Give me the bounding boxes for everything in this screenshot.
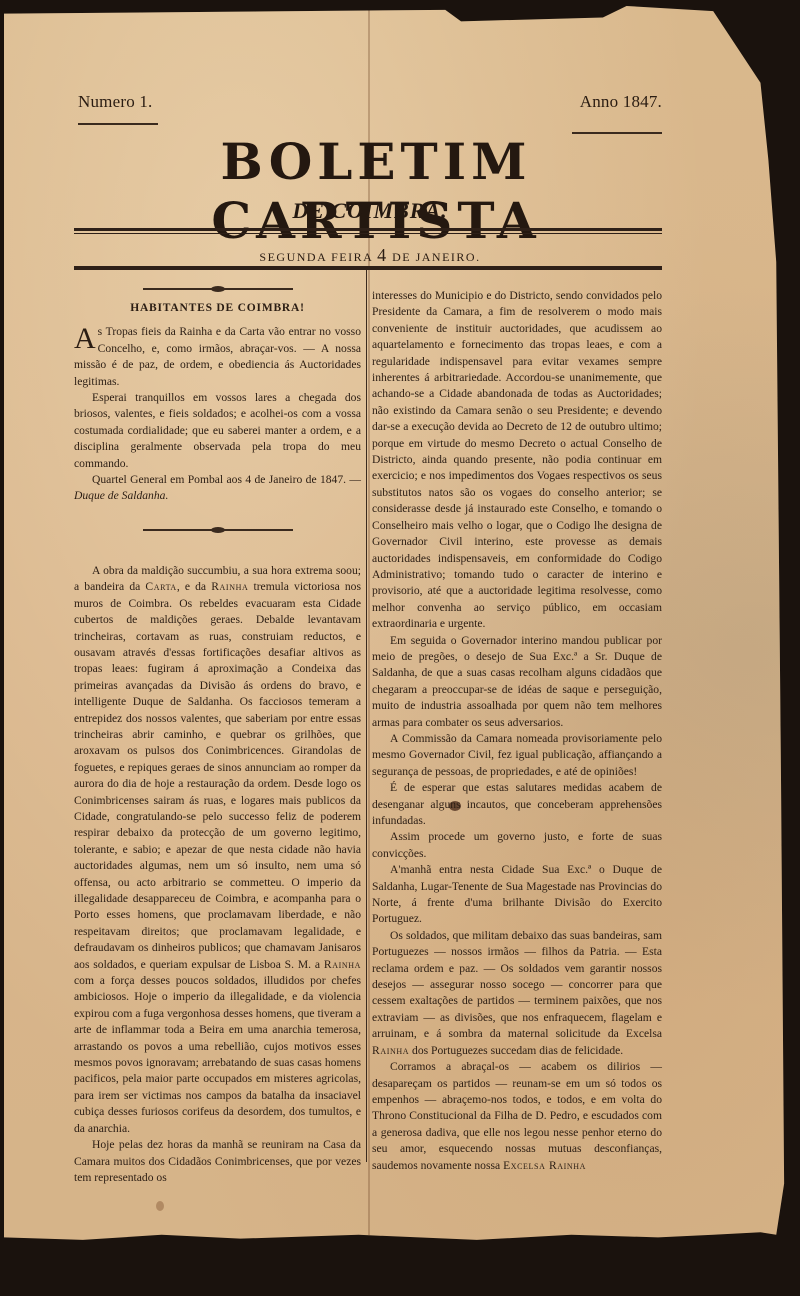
article-paragraph: Hoje pelas dez horas da manhã se reunira… <box>74 1137 361 1186</box>
article-paragraph: Em seguida o Governador interino mandou … <box>372 633 662 731</box>
double-rule <box>74 228 662 234</box>
article-paragraph: Assim procede um governo justo, e forte … <box>372 829 662 862</box>
right-column: interesses do Municipio e do Districto, … <box>372 288 662 1174</box>
emphasis: Rainha <box>211 580 248 593</box>
article-paragraph: Corramos a abraçal-os — acabem os diliri… <box>372 1059 662 1174</box>
article-paragraph: A Commissão da Camara nomeada provisoria… <box>372 731 662 780</box>
paragraph-text: , e da <box>177 580 206 593</box>
paragraph-text: dos Portuguezes succedam dias de felicid… <box>412 1044 623 1057</box>
date-month: DE JANEIRO. <box>392 250 481 264</box>
column-divider <box>366 270 367 1162</box>
proclamation-paragraph: Esperai tranquillos em vossos lares a ch… <box>74 390 361 472</box>
double-rule <box>74 264 662 270</box>
emphasis: Rainha <box>324 958 361 971</box>
paragraph-text: s Tropas fieis da Rainha e da Carta vão … <box>74 325 361 387</box>
proclamation-heading: HABITANTES DE COIMBRA! <box>74 300 361 316</box>
dateline: SEGUNDA FEIRA 4 DE JANEIRO. <box>78 245 662 266</box>
paragraph-text: tremula victoriosa nos muros de Coimbra.… <box>74 580 361 970</box>
issue-year: Anno 1847. <box>580 92 662 112</box>
date-weekday: SEGUNDA FEIRA <box>259 250 372 264</box>
article-paragraph: Os soldados, que militam debaixo das sua… <box>372 928 662 1059</box>
proclamation-paragraph: As Tropas fieis da Rainha e da Carta vão… <box>74 324 361 390</box>
paragraph-text: Corramos a abraçal-os — acabem os diliri… <box>372 1060 662 1171</box>
signature: Duque de Saldanha. <box>74 489 168 502</box>
article-paragraph: A obra da maldição succumbiu, a sua hora… <box>74 563 361 1137</box>
left-column: HABITANTES DE COIMBRA! As Tropas fieis d… <box>74 286 361 1186</box>
ink-stain <box>156 1201 164 1211</box>
emphasis: Rainha <box>372 1044 409 1057</box>
issue-row: Numero 1. Anno 1847. <box>78 92 662 112</box>
ornament-divider <box>143 527 293 533</box>
article-paragraph: interesses do Municipio e do Districto, … <box>372 288 662 633</box>
emphasis: Excelsa Rainha <box>503 1159 586 1172</box>
proclamation-dateline: Quartel General em Pombal aos 4 de Janei… <box>74 472 361 505</box>
paragraph-text: Quartel General em Pombal aos 4 de Janei… <box>92 473 361 486</box>
emphasis: Carta <box>145 580 176 593</box>
date-day: 4 <box>377 245 388 265</box>
ornament-divider <box>143 286 293 292</box>
paragraph-text: Os soldados, que militam debaixo das sua… <box>372 929 662 1040</box>
article-paragraph: A'manhã entra nesta Cidade Sua Exc.ª o D… <box>372 862 662 928</box>
newspaper-subtitle: DE COIMBRA. <box>78 198 662 224</box>
rule <box>78 123 158 125</box>
article-paragraph: É de esperar que estas salutares medidas… <box>372 780 662 829</box>
paragraph-text: com a força desses poucos soldados, illu… <box>74 974 361 1135</box>
masthead: Numero 1. Anno 1847. BOLETIM CARTISTA DE… <box>78 92 662 112</box>
issue-number: Numero 1. <box>78 92 153 112</box>
drop-cap: A <box>74 326 96 352</box>
